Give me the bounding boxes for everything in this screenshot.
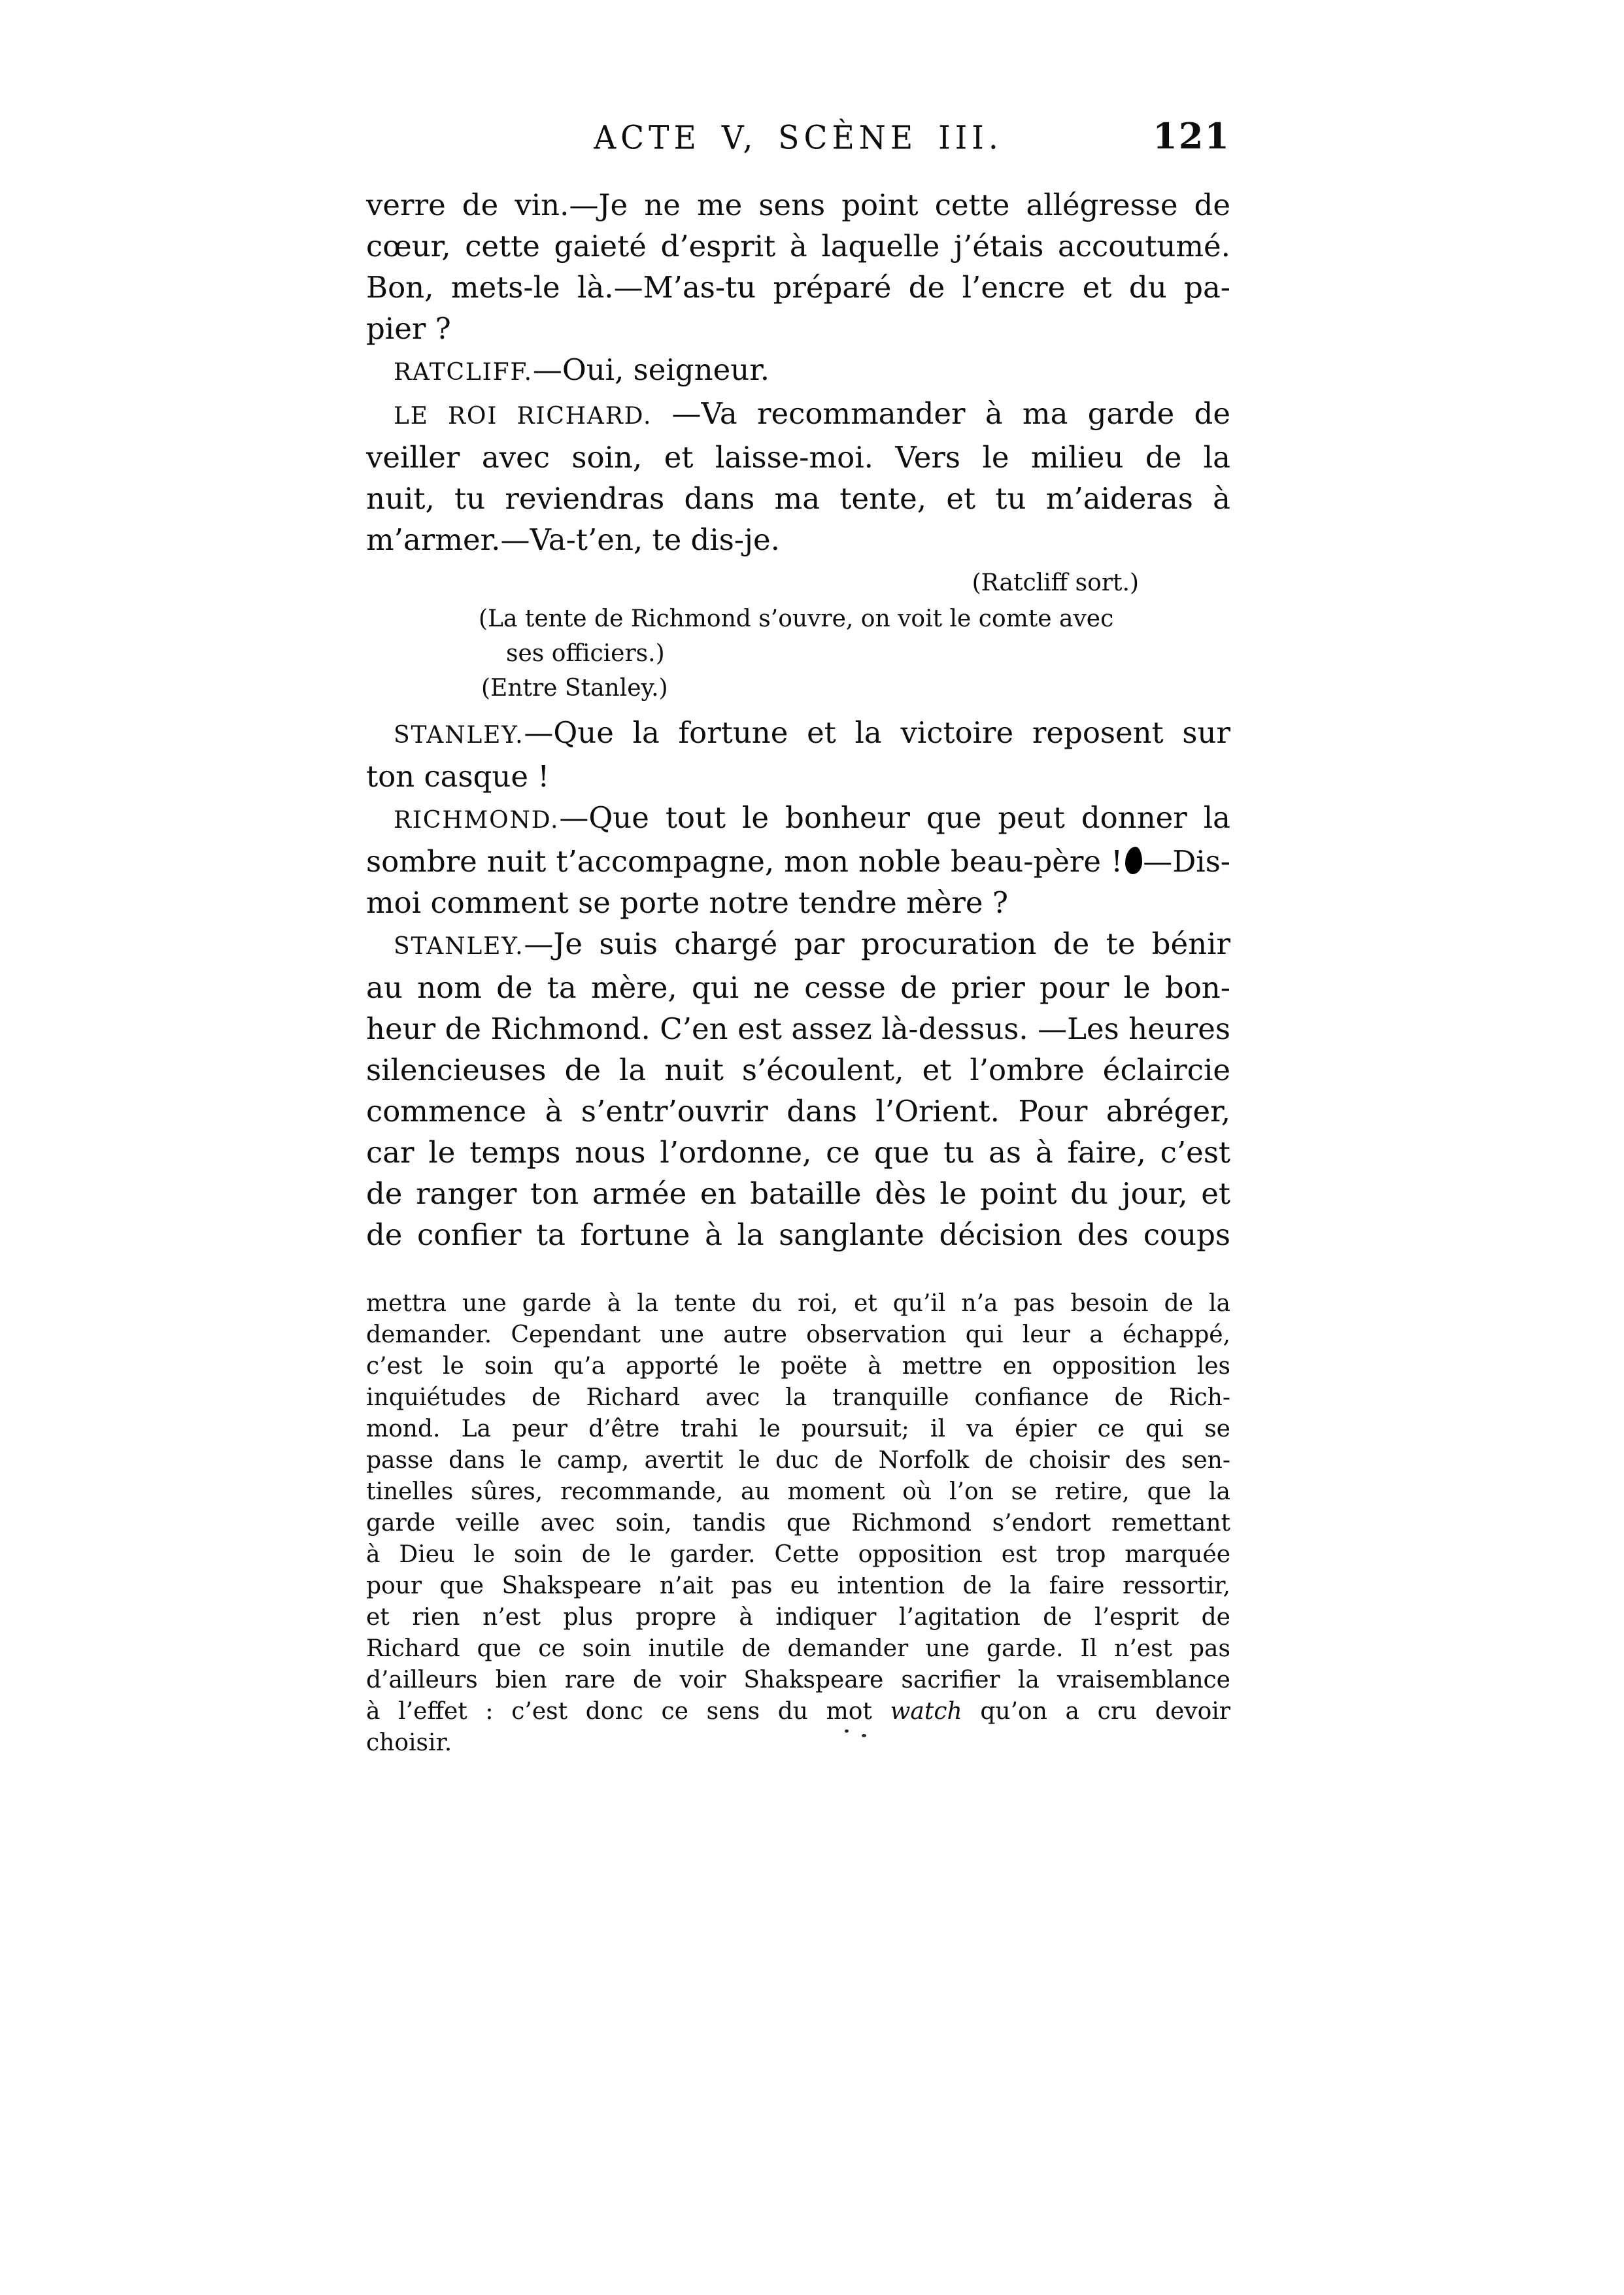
text-segment: tinelles sûres, recommande, au moment où… xyxy=(366,1478,1230,1505)
text-line: à Dieu le soin de le garder. Cette oppos… xyxy=(366,1539,1230,1571)
stage-direction-block: (La tente de Richmond s’ouvre, on voit l… xyxy=(366,602,1230,705)
text-segment: verre de vin.—Je ne me sens point cette … xyxy=(366,188,1230,222)
text-line: (La tente de Richmond s’ouvre, on voit l… xyxy=(366,602,1230,636)
text-segment: d’ailleurs bien rare de voir Shakspeare … xyxy=(366,1667,1230,1693)
text-segment-sc: RICHMOND. xyxy=(394,807,559,834)
text-segment: —Oui, seigneur. xyxy=(533,352,770,387)
text-segment: sombre nuit t’accompagne, mon noble beau… xyxy=(366,844,1123,879)
text-segment: de confier ta fortune à la sanglante déc… xyxy=(366,1217,1230,1252)
text-line: cœur, cette gaieté d’esprit à laquelle j… xyxy=(366,226,1230,267)
text-segment: —Dis- xyxy=(1143,844,1230,879)
text-segment: ses officiers.) xyxy=(506,640,665,667)
footnote-text: mettra une garde à la tente du roi, et q… xyxy=(366,1288,1230,1759)
text-line: inquiétudes de Richard avec la tranquill… xyxy=(366,1382,1230,1414)
text-segment: mettra une garde à la tente du roi, et q… xyxy=(366,1290,1230,1317)
text-segment: et rien n’est plus propre à indiquer l’a… xyxy=(366,1604,1230,1631)
text-line: de ranger ton armée en bataille dès le p… xyxy=(366,1173,1230,1214)
text-segment: inquiétudes de Richard avec la tranquill… xyxy=(366,1384,1230,1411)
text-line: heur de Richmond. C’en est assez là-dess… xyxy=(366,1008,1230,1049)
text-line: ton casque ! xyxy=(366,756,1230,797)
text-segment: heur de Richmond. C’en est assez là-dess… xyxy=(366,1011,1230,1046)
text-segment: silencieuses de la nuit s’écoulent, et l… xyxy=(366,1053,1230,1087)
text-segment-sc: STANLEY. xyxy=(394,933,524,960)
text-line: moi comment se porte notre tendre mère ? xyxy=(366,882,1230,923)
text-segment: qu’on a cru devoir xyxy=(962,1698,1230,1725)
text-segment: —Que la fortune et la victoire reposent … xyxy=(524,715,1230,750)
text-segment: —Je suis chargé par procuration de te bé… xyxy=(524,926,1230,961)
running-header: ACTE V, SCÈNE III. 121 xyxy=(366,119,1230,160)
text-line: m’armer.—Va-t’en, te dis-je. xyxy=(366,519,1230,560)
stage-direction-exit: (Ratcliff sort.) xyxy=(366,566,1230,600)
text-segment: moi comment se porte notre tendre mère ? xyxy=(366,885,1008,920)
text-line: ses officiers.) xyxy=(366,636,1230,671)
text-line: pour que Shakspeare n’ait pas eu intenti… xyxy=(366,1571,1230,1602)
text-column: ACTE V, SCÈNE III. 121 verre de vin.—Je … xyxy=(366,119,1230,1759)
text-segment-sc: RATCLIFF. xyxy=(394,359,533,386)
text-line: de confier ta fortune à la sanglante déc… xyxy=(366,1214,1230,1255)
text-line: silencieuses de la nuit s’écoulent, et l… xyxy=(366,1049,1230,1091)
text-segment: m’armer.—Va-t’en, te dis-je. xyxy=(366,522,780,557)
text-line: garde veille avec soin, tandis que Richm… xyxy=(366,1508,1230,1539)
text-line: Bon, mets-le là.—M’as-tu préparé de l’en… xyxy=(366,267,1230,308)
text-line: mond. La peur d’être trahi le poursuit; … xyxy=(366,1414,1230,1445)
text-line: d’ailleurs bien rare de voir Shakspeare … xyxy=(366,1665,1230,1696)
text-segment: au nom de ta mère, qui ne cesse de prier… xyxy=(366,970,1230,1005)
text-line: à l’effet : c’est donc ce sens du mot wa… xyxy=(366,1696,1230,1727)
text-line: demander. Cependant une autre observatio… xyxy=(366,1319,1230,1351)
text-segment: pier ? xyxy=(366,311,451,346)
text-segment: —Va recommander à ma garde de xyxy=(652,396,1230,431)
text-line: choisir. xyxy=(366,1727,1230,1759)
text-line: veiller avec soin, et laisse-moi. Vers l… xyxy=(366,437,1230,478)
text-segment: demander. Cependant une autre observatio… xyxy=(366,1321,1230,1348)
text-line: c’est le soin qu’a apporté le poëte à me… xyxy=(366,1351,1230,1382)
text-line: au nom de ta mère, qui ne cesse de prier… xyxy=(366,967,1230,1008)
scan-speck xyxy=(845,1729,871,1739)
text-line: RICHMOND.—Que tout le bonheur que peut d… xyxy=(366,797,1230,841)
text-line: RATCLIFF.—Oui, seigneur. xyxy=(366,349,1230,393)
text-segment: à l’effet : c’est donc ce sens du mot xyxy=(366,1698,890,1725)
text-line: LE ROI RICHARD. —Va recommander à ma gar… xyxy=(366,393,1230,437)
text-segment: choisir. xyxy=(366,1729,452,1756)
text-segment: (La tente de Richmond s’ouvre, on voit l… xyxy=(479,605,1113,632)
scanned-book-page: ACTE V, SCÈNE III. 121 verre de vin.—Je … xyxy=(0,0,1624,2295)
page-number: 121 xyxy=(1153,116,1230,156)
text-segment: mond. La peur d’être trahi le poursuit; … xyxy=(366,1416,1230,1442)
text-segment: car le temps nous l’ordonne, ce que tu a… xyxy=(366,1135,1230,1170)
text-line: verre de vin.—Je ne me sens point cette … xyxy=(366,184,1230,226)
text-segment: à Dieu le soin de le garder. Cette oppos… xyxy=(366,1541,1230,1568)
text-line: STANLEY.—Que la fortune et la victoire r… xyxy=(366,712,1230,756)
text-line: nuit, tu reviendras dans ma tente, et tu… xyxy=(366,478,1230,519)
text-segment: ton casque ! xyxy=(366,759,549,794)
text-line: commence à s’entr’ouvrir dans l’Orient. … xyxy=(366,1091,1230,1132)
text-line: tinelles sûres, recommande, au moment où… xyxy=(366,1476,1230,1508)
text-segment: veiller avec soin, et laisse-moi. Vers l… xyxy=(366,440,1230,475)
dialogue-paragraphs-top: verre de vin.—Je ne me sens point cette … xyxy=(366,184,1230,560)
text-line: (Entre Stanley.) xyxy=(366,671,1230,705)
text-segment: cœur, cette gaieté d’esprit à laquelle j… xyxy=(366,229,1230,263)
text-line: (Ratcliff sort.) xyxy=(366,566,1230,600)
text-line: sombre nuit t’accompagne, mon noble beau… xyxy=(366,841,1230,882)
text-segment: c’est le soin qu’a apporté le poëte à me… xyxy=(366,1353,1230,1380)
text-segment-sc: LE ROI RICHARD. xyxy=(394,403,652,430)
dialogue-paragraphs-bottom: STANLEY.—Que la fortune et la victoire r… xyxy=(366,712,1230,1255)
text-line: car le temps nous l’ordonne, ce que tu a… xyxy=(366,1132,1230,1173)
ink-blot-artifact xyxy=(1125,847,1142,874)
text-segment: Bon, mets-le là.—M’as-tu préparé de l’en… xyxy=(366,270,1230,305)
text-segment: pour que Shakspeare n’ait pas eu intenti… xyxy=(366,1572,1230,1599)
text-segment: (Entre Stanley.) xyxy=(481,675,668,702)
text-segment: Richard que ce soin inutile de demander … xyxy=(366,1635,1230,1662)
text-segment: de ranger ton armée en bataille dès le p… xyxy=(366,1176,1230,1211)
text-segment: garde veille avec soin, tandis que Richm… xyxy=(366,1510,1230,1537)
page-title: ACTE V, SCÈNE III. xyxy=(366,118,1230,160)
text-segment-i: watch xyxy=(890,1698,962,1725)
text-line: STANLEY.—Je suis chargé par procuration … xyxy=(366,923,1230,967)
main-text: verre de vin.—Je ne me sens point cette … xyxy=(366,184,1230,1759)
text-line: passe dans le camp, avertit le duc de No… xyxy=(366,1445,1230,1476)
text-segment: (Ratcliff sort.) xyxy=(972,569,1139,596)
text-line: mettra une garde à la tente du roi, et q… xyxy=(366,1288,1230,1319)
text-line: pier ? xyxy=(366,308,1230,349)
text-line: Richard que ce soin inutile de demander … xyxy=(366,1633,1230,1665)
text-line: et rien n’est plus propre à indiquer l’a… xyxy=(366,1602,1230,1633)
text-segment: —Que tout le bonheur que peut donner la xyxy=(559,800,1230,835)
text-segment: commence à s’entr’ouvrir dans l’Orient. … xyxy=(366,1094,1230,1129)
text-segment-sc: STANLEY. xyxy=(394,722,524,749)
text-segment: passe dans le camp, avertit le duc de No… xyxy=(366,1447,1230,1474)
text-segment: nuit, tu reviendras dans ma tente, et tu… xyxy=(366,481,1230,516)
